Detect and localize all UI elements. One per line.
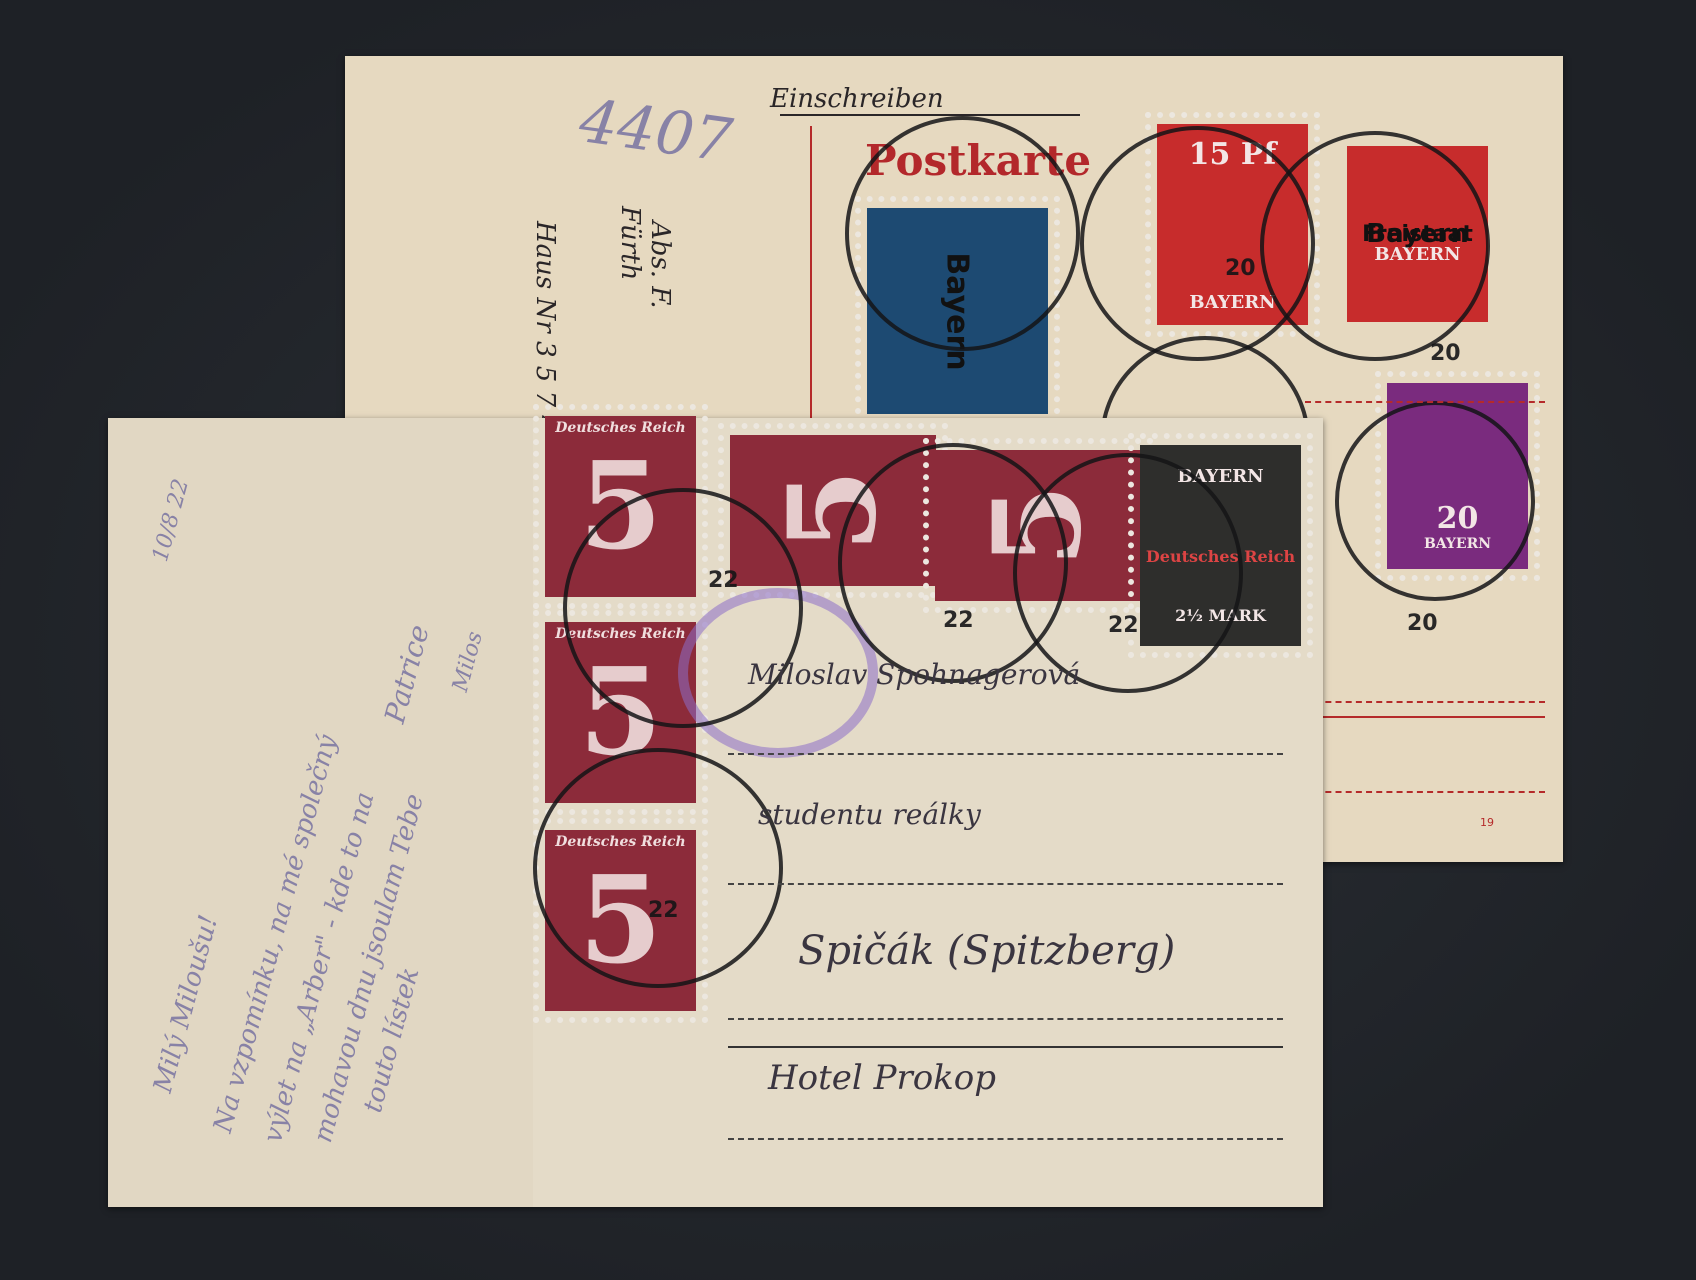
address-name: Miloslav Spohnagerová (748, 658, 1080, 691)
sender-line: Abs. F. (645, 221, 675, 309)
postmark-year: 22 (1108, 613, 1139, 638)
postmark-year: 22 (708, 568, 739, 593)
address-line (728, 1018, 1283, 1020)
card-number: 19 (1480, 816, 1494, 829)
postmark (845, 116, 1080, 351)
address-line (1305, 701, 1545, 703)
underline (780, 114, 1080, 116)
address-line (728, 1138, 1283, 1140)
registered-note: Einschreiben (770, 84, 944, 114)
front-postcard: Milý Miloušu! Na vzpomínku, na mé společ… (108, 418, 1323, 1207)
postmark-year: 22 (943, 608, 974, 633)
postmark-year: 20 (1430, 341, 1461, 366)
address-line (1305, 791, 1545, 793)
pencil-note: 4407 (575, 86, 736, 177)
divider-line (810, 126, 812, 446)
postmark (1335, 401, 1535, 601)
address-line (1305, 401, 1545, 403)
address-line (728, 753, 1283, 755)
address-line (728, 883, 1283, 885)
address-town: Spičák (Spitzberg) (798, 928, 1175, 974)
postmark-eisenstein (1013, 453, 1243, 693)
postmark-year: 22 (648, 898, 679, 923)
postmark-year: 20 (1407, 611, 1438, 636)
address-line (1305, 716, 1545, 718)
address-line (728, 1046, 1283, 1048)
address-line-text: studentu reálky (758, 798, 981, 831)
address-hotel: Hotel Prokop (768, 1058, 996, 1098)
postmark (1260, 131, 1490, 361)
sender-line: Haus Nr 3 5 7 4 (530, 221, 560, 432)
postmark-eisenstein (533, 748, 783, 988)
postmark-year: 20 (1225, 256, 1256, 281)
postmark-eisenstein (563, 488, 803, 728)
sender-line: Fürth (615, 206, 645, 280)
